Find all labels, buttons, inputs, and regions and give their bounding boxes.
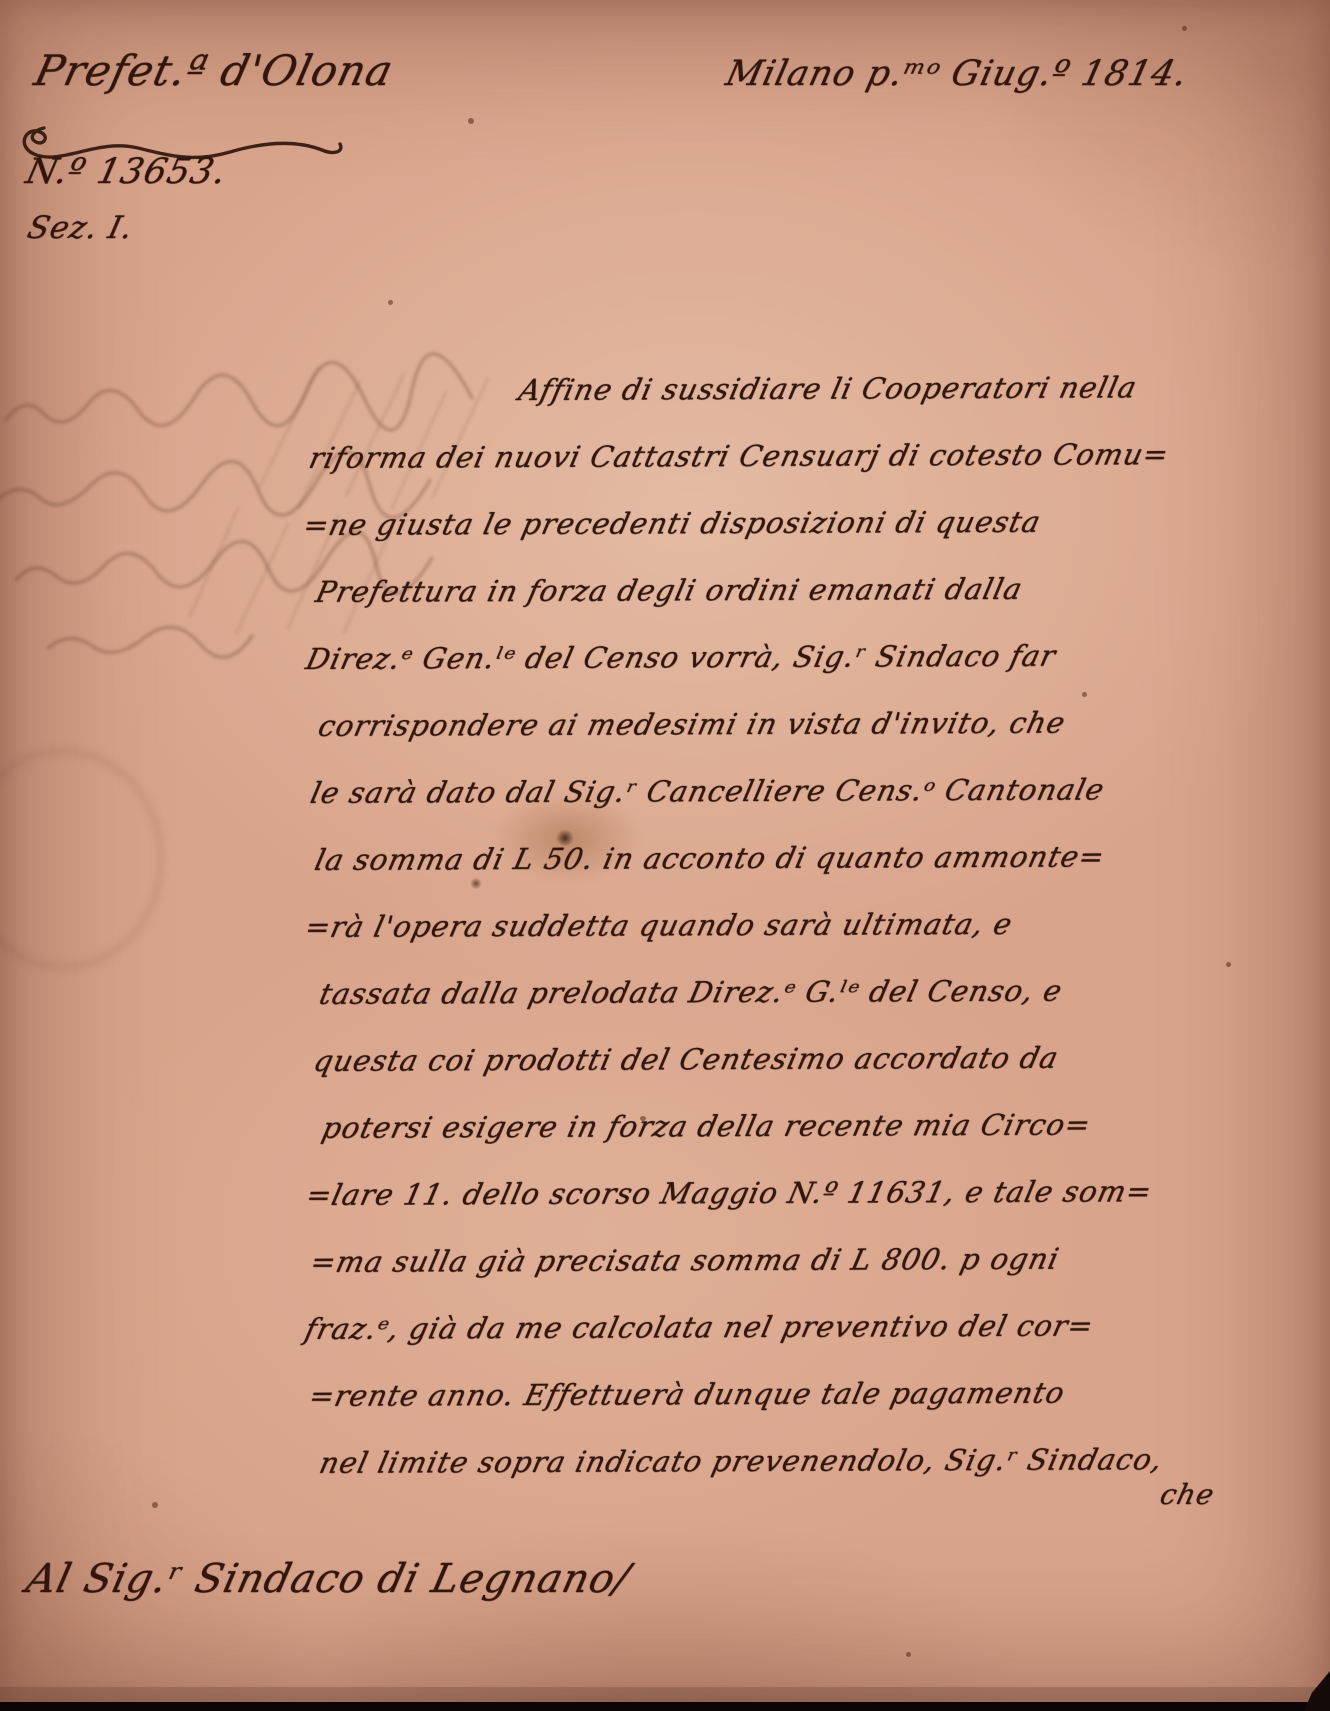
body-line: la somma di L 50. in acconto di quanto a… [308, 823, 1203, 894]
protocol-number: N.º 13653. [22, 152, 222, 192]
body-line: nel limite sopra indicato prevenendolo, … [312, 1426, 1205, 1497]
body-line: riforma dei nuovi Cattastri Censuarj di … [302, 421, 1201, 492]
letter-body: Affine di sussidiare li Cooperatori nell… [296, 354, 1206, 1497]
office-heading: Prefet.ª d'Olona [30, 46, 387, 95]
body-line-text: questa coi prodotti del Centesimo accord… [307, 1025, 1066, 1095]
body-line: =ma sulla già precisata somma di L 800. … [303, 1225, 1204, 1296]
body-line: Affine di sussidiare li Cooperatori nell… [296, 354, 1201, 425]
body-line: fraz.ᵉ, già da me calcolata nel preventi… [298, 1292, 1205, 1363]
body-line: Prefettura in forza degli ordini emanati… [308, 555, 1201, 626]
paper-stain [0, 748, 164, 970]
body-line-text: Direz.ᵉ Gen.ˡᵉ del Censo vorrà, Sig.ʳ Si… [299, 623, 1063, 693]
body-line-text: corrispondere ai medesimi in vista d'inv… [311, 690, 1072, 760]
scan-table-edge [0, 1702, 1330, 1711]
address-line-text: Al Sig.ʳ Sindaco di Legnano/ [22, 1556, 635, 1602]
body-line-text: =rente anno. Effettuerà dunque tale paga… [302, 1360, 1072, 1430]
office-heading-text: Prefet.ª d'Olona [30, 46, 398, 95]
body-line-text: nel limite sopra indicato prevenendolo, … [312, 1426, 1169, 1497]
letter-page: Prefet.ª d'Olona N.º 13653. Sez. I. Mila… [0, 0, 1330, 1711]
body-line: potersi esigere in forza della recente m… [315, 1091, 1204, 1162]
foxing-spot [906, 1652, 911, 1657]
body-line-text: potersi esigere in forza della recente m… [315, 1091, 1098, 1161]
foxing-spot [468, 118, 474, 124]
section-label: Sez. I. [24, 210, 129, 246]
body-line-text: tassata dalla prelodata Direz.ᵉ G.ˡᵉ del… [312, 958, 1069, 1028]
section-label-text: Sez. I. [24, 210, 137, 246]
body-line-text: =ne giusta le precedenti disposizioni di… [296, 489, 1048, 559]
body-line: Direz.ᵉ Gen.ˡᵉ del Censo vorrà, Sig.ʳ Si… [299, 622, 1202, 693]
body-line: tassata dalla prelodata Direz.ᵉ G.ˡᵉ del… [312, 957, 1203, 1028]
dateline: Milano p.ᵐᵒ Giug.º 1814. [722, 54, 1182, 94]
body-line: questa coi prodotti del Centesimo accord… [306, 1024, 1203, 1095]
scan-shadow-band [0, 1687, 1330, 1703]
body-line-text: riforma dei nuovi Cattastri Censuarj di … [302, 421, 1176, 492]
protocol-number-text: N.º 13653. [22, 152, 231, 192]
foxing-spot [152, 1502, 158, 1508]
body-line: =rà l'opera suddetta quando sarà ultimat… [298, 890, 1203, 961]
body-line-text: =lare 11. dello scorso Maggio N.º 11631,… [299, 1158, 1159, 1229]
body-line: =rente anno. Effettuerà dunque tale paga… [302, 1359, 1205, 1430]
body-line-text: =rà l'opera suddetta quando sarà ultimat… [298, 891, 1020, 961]
body-line-text: le sarà dato dal Sig.ʳ Cancelliere Cens.… [304, 756, 1112, 827]
catchword-text: che [1157, 1478, 1218, 1511]
foxing-spot [1226, 962, 1231, 967]
catchword: che [1157, 1478, 1210, 1511]
body-line-text: la somma di L 50. in acconto di quanto a… [308, 823, 1112, 894]
body-line: corrispondere ai medesimi in vista d'inv… [311, 689, 1202, 760]
body-line-text: =ma sulla già precisata somma di L 800. … [304, 1226, 1067, 1296]
foxing-spot [388, 300, 393, 305]
body-line-text: Affine di sussidiare li Cooperatori nell… [404, 354, 1144, 424]
dateline-text: Milano p.ᵐᵒ Giug.º 1814. [722, 54, 1192, 94]
body-line: =ne giusta le precedenti disposizioni di… [296, 488, 1201, 559]
body-line-text: fraz.ᵉ, già da me calcolata nel preventi… [298, 1292, 1101, 1363]
body-line: =lare 11. dello scorso Maggio N.º 11631,… [299, 1158, 1204, 1229]
body-line-text: Prefettura in forza degli ordini emanati… [309, 556, 1030, 626]
address-line: Al Sig.ʳ Sindaco di Legnano/ [22, 1556, 624, 1602]
foxing-spot [1182, 26, 1187, 31]
body-line: le sarà dato dal Sig.ʳ Cancelliere Cens.… [303, 756, 1202, 827]
